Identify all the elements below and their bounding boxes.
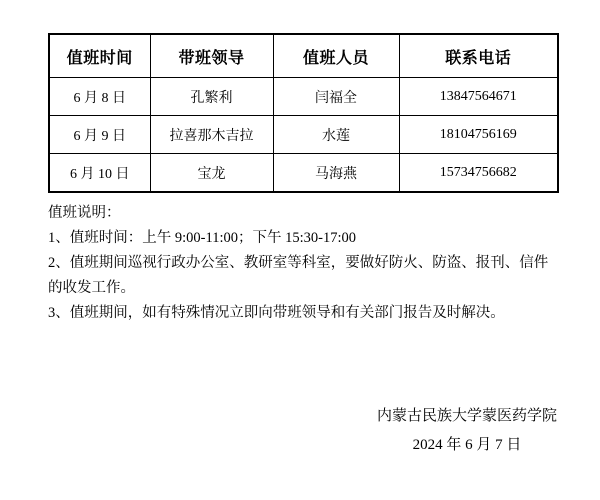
cell-duty-date: 6 月 9 日 xyxy=(49,116,150,154)
cell-duty-date: 6 月 10 日 xyxy=(49,154,150,193)
signature-organization: 内蒙古民族大学蒙医药学院 xyxy=(377,402,557,431)
notes-title: 值班说明： xyxy=(48,201,557,226)
table-row: 6 月 9 日 拉喜那木吉拉 水莲 18104756169 xyxy=(49,116,558,154)
note-line: 2、值班期间巡视行政办公室、教研室等科室，要做好防火、防盗、报刊、信件 xyxy=(48,251,557,276)
cell-duty-staff: 马海燕 xyxy=(273,154,399,193)
cell-contact-phone: 15734756682 xyxy=(399,154,558,193)
cell-duty-leader: 宝龙 xyxy=(150,154,273,193)
header-cell-contact-phone: 联系电话 xyxy=(399,34,558,78)
duty-schedule-table: 值班时间 带班领导 值班人员 联系电话 6 月 8 日 孔繁利 闫福全 1384… xyxy=(48,33,559,193)
header-cell-duty-leader: 带班领导 xyxy=(150,34,273,78)
cell-contact-phone: 18104756169 xyxy=(399,116,558,154)
cell-duty-leader: 孔繁利 xyxy=(150,78,273,116)
duty-notes: 值班说明： 1、值班时间：上午 9:00-11:00；下午 15:30-17:0… xyxy=(48,201,557,326)
cell-duty-staff: 水莲 xyxy=(273,116,399,154)
cell-duty-staff: 闫福全 xyxy=(273,78,399,116)
document-page: 值班时间 带班领导 值班人员 联系电话 6 月 8 日 孔繁利 闫福全 1384… xyxy=(0,0,600,500)
table-header-row: 值班时间 带班领导 值班人员 联系电话 xyxy=(49,34,558,78)
note-line: 的收发工作。 xyxy=(48,276,557,301)
table-row: 6 月 8 日 孔繁利 闫福全 13847564671 xyxy=(49,78,558,116)
cell-duty-leader: 拉喜那木吉拉 xyxy=(150,116,273,154)
signature-date: 2024 年 6 月 7 日 xyxy=(377,431,557,460)
cell-duty-date: 6 月 8 日 xyxy=(49,78,150,116)
header-cell-duty-date: 值班时间 xyxy=(49,34,150,78)
note-line: 3、值班期间，如有特殊情况立即向带班领导和有关部门报告及时解决。 xyxy=(48,301,557,326)
header-cell-duty-staff: 值班人员 xyxy=(273,34,399,78)
signature-block: 内蒙古民族大学蒙医药学院 2024 年 6 月 7 日 xyxy=(377,402,557,460)
cell-contact-phone: 13847564671 xyxy=(399,78,558,116)
note-line: 1、值班时间：上午 9:00-11:00；下午 15:30-17:00 xyxy=(48,226,557,251)
table-row: 6 月 10 日 宝龙 马海燕 15734756682 xyxy=(49,154,558,193)
